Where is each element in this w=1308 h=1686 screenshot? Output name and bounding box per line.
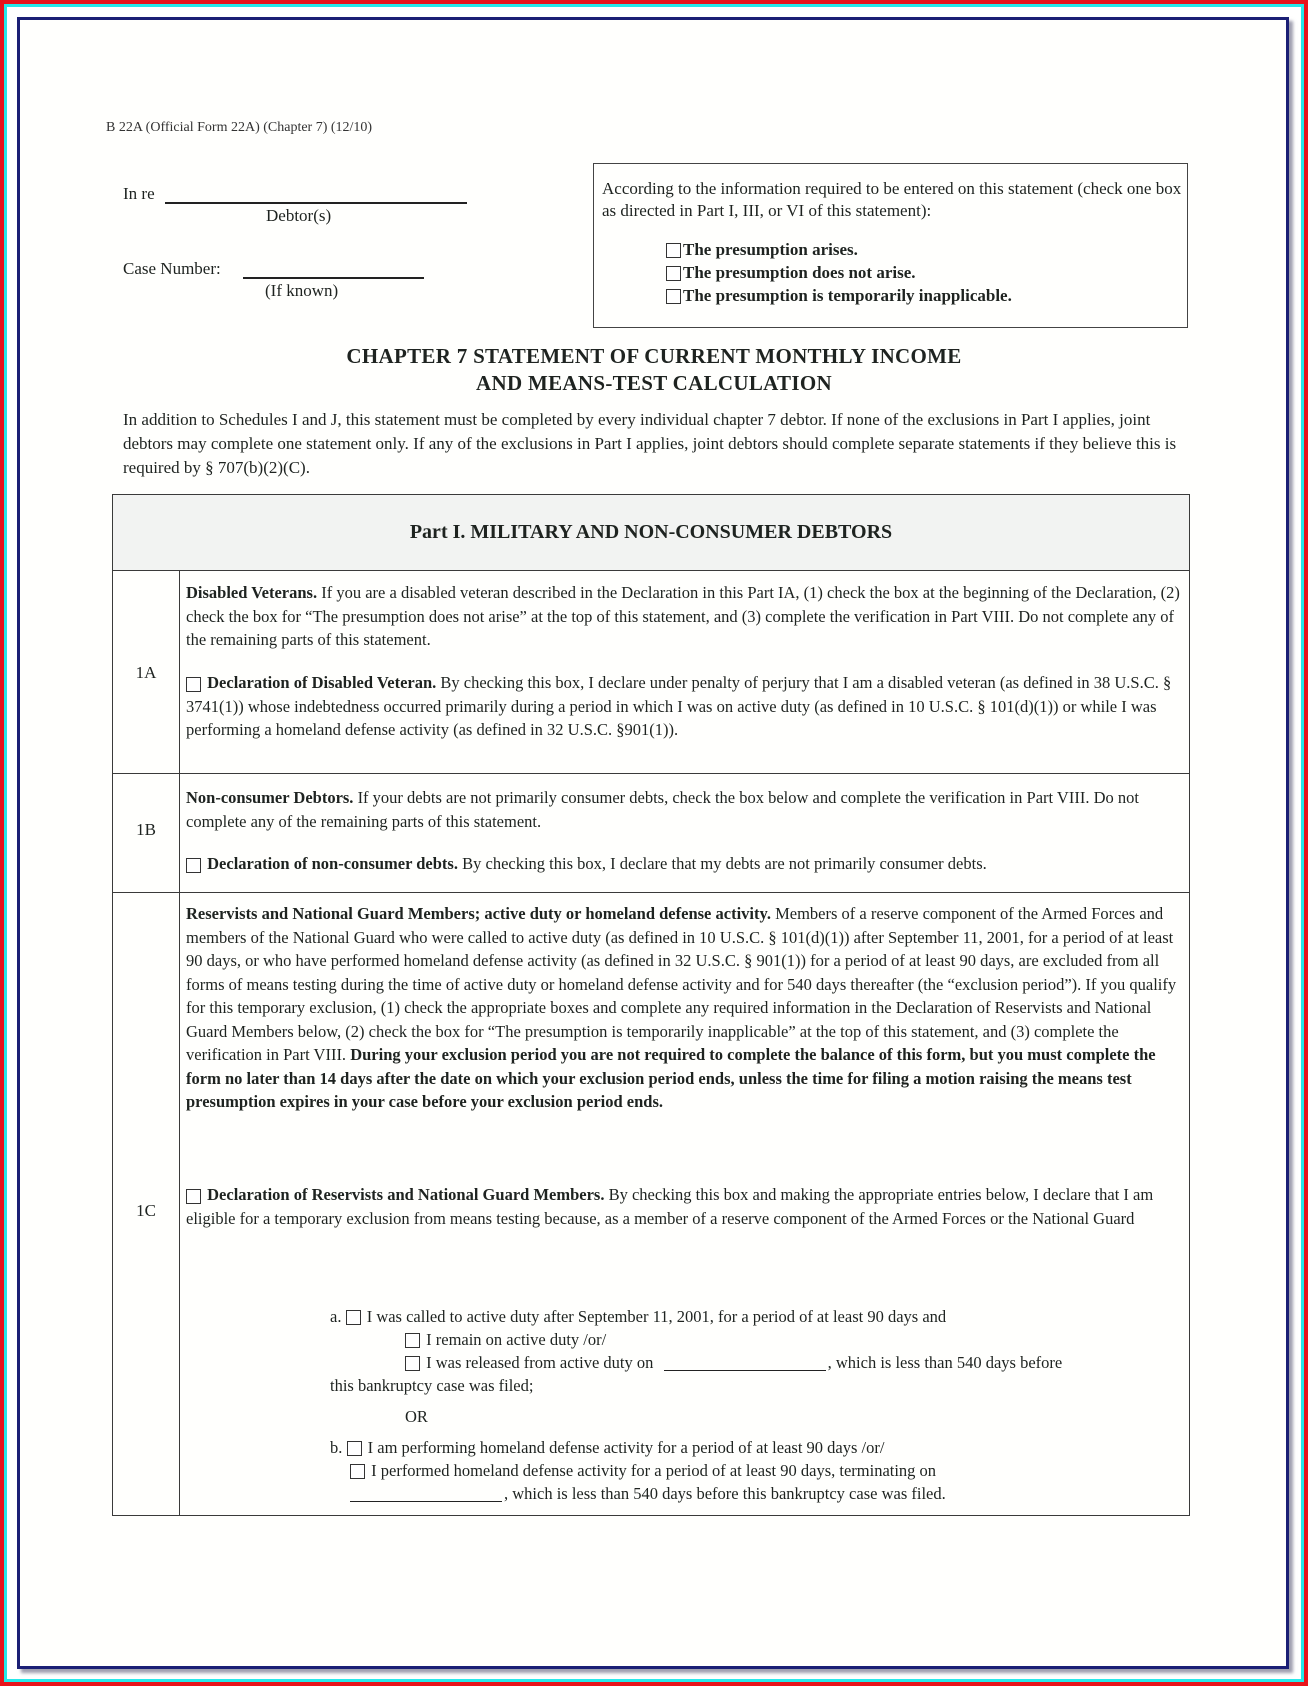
- option-b-performed: I performed homeland defense activity fo…: [350, 1460, 936, 1482]
- page-title-line-2: AND MEANS-TEST CALCULATION: [0, 371, 1308, 396]
- row-1b-declaration-bold: Declaration of non-consumer debts.: [207, 854, 458, 873]
- presumption-box: According to the information required to…: [593, 163, 1188, 328]
- option-a-released: I was released from active duty on , whi…: [405, 1352, 1062, 1374]
- presumption-option-temporarily-inapplicable[interactable]: The presumption is temporarily inapplica…: [666, 286, 1012, 306]
- row-1a-lead-text: If you are a disabled veteran described …: [186, 583, 1180, 649]
- option-a-remain: I remain on active duty /or/: [405, 1329, 606, 1351]
- row-1c-lead-text: Members of a reserve component of the Ar…: [186, 904, 1176, 1064]
- row-1a-lead-bold: Disabled Veterans.: [186, 583, 317, 602]
- option-b-performed-text: I performed homeland defense activity fo…: [371, 1460, 936, 1482]
- row-1c-lead-bold: Reservists and National Guard Members; a…: [186, 904, 771, 923]
- option-b-tail: , which is less than 540 days before thi…: [350, 1483, 946, 1505]
- case-number-caption: (If known): [265, 281, 338, 301]
- option-a-checkbox[interactable]: [346, 1310, 361, 1325]
- debtor-caption: Debtor(s): [266, 206, 331, 226]
- remain-active-duty-checkbox[interactable]: [405, 1333, 420, 1348]
- option-b-prefix: b.: [330, 1437, 342, 1459]
- part1-table: Part I. MILITARY AND NON-CONSUMER DEBTOR…: [112, 494, 1190, 1516]
- option-a: a. I was called to active duty after Sep…: [330, 1306, 946, 1328]
- option-a-remain-text: I remain on active duty /or/: [426, 1329, 606, 1351]
- row-1b-lead-bold: Non-consumer Debtors.: [186, 788, 353, 807]
- option-b: b. I am performing homeland defense acti…: [330, 1437, 884, 1459]
- case-number-label: Case Number:: [123, 259, 221, 279]
- option-a-prefix: a.: [330, 1306, 341, 1328]
- reservists-checkbox[interactable]: [186, 1189, 201, 1204]
- row-1a-instructions: Disabled Veterans. If you are a disabled…: [186, 581, 1186, 652]
- presumption-option-does-not-arise[interactable]: The presumption does not arise.: [666, 263, 916, 283]
- released-active-duty-checkbox[interactable]: [405, 1356, 420, 1371]
- intro-paragraph: In addition to Schedules I and J, this s…: [123, 408, 1193, 480]
- non-consumer-debts-checkbox[interactable]: [186, 858, 201, 873]
- row-divider: [113, 773, 1189, 774]
- row-1c-instructions: Reservists and National Guard Members; a…: [186, 902, 1186, 1114]
- checkbox-icon[interactable]: [666, 266, 681, 281]
- option-a-text: I was called to active duty after Septem…: [367, 1306, 946, 1328]
- form-identifier: B 22A (Official Form 22A) (Chapter 7) (1…: [106, 120, 372, 136]
- page-title-line-1: CHAPTER 7 STATEMENT OF CURRENT MONTHLY I…: [0, 344, 1308, 369]
- row-1b-declaration: Declaration of non-consumer debts. By ch…: [186, 852, 1186, 876]
- option-a-released-text: I was released from active duty on: [426, 1352, 653, 1374]
- row-1a-declaration: Declaration of Disabled Veteran. By chec…: [186, 671, 1186, 742]
- option-b-tail-text: , which is less than 540 days before thi…: [504, 1483, 946, 1505]
- row-1b-instructions: Non-consumer Debtors. If your debts are …: [186, 786, 1186, 833]
- checkbox-icon[interactable]: [666, 289, 681, 304]
- row-1b-declaration-text: By checking this box, I declare that my …: [458, 854, 987, 873]
- performed-homeland-defense-checkbox[interactable]: [350, 1464, 365, 1479]
- option-a-released-suffix: , which is less than 540 days before: [828, 1352, 1063, 1374]
- row-1a-declaration-bold: Declaration of Disabled Veteran.: [207, 673, 436, 692]
- debtor-name-field[interactable]: [165, 186, 467, 204]
- option-b-checkbox[interactable]: [347, 1441, 362, 1456]
- option-label: The presumption does not arise.: [683, 263, 916, 283]
- row-1c-declaration-bold: Declaration of Reservists and National G…: [207, 1185, 604, 1204]
- presumption-instruction: According to the information required to…: [602, 178, 1182, 222]
- presumption-option-arises[interactable]: The presumption arises.: [666, 240, 858, 260]
- option-label: The presumption arises.: [683, 240, 858, 260]
- release-date-field[interactable]: [664, 1356, 826, 1371]
- termination-date-field[interactable]: [350, 1487, 502, 1502]
- in-re-label: In re: [123, 184, 155, 204]
- row-divider: [113, 892, 1189, 893]
- checkbox-icon[interactable]: [666, 243, 681, 258]
- row-label-1c: 1C: [113, 1201, 179, 1221]
- row-1c-declaration: Declaration of Reservists and National G…: [186, 1183, 1186, 1230]
- part1-heading: Part I. MILITARY AND NON-CONSUMER DEBTOR…: [113, 495, 1189, 571]
- column-divider: [179, 570, 180, 1515]
- disabled-veteran-checkbox[interactable]: [186, 677, 201, 692]
- option-b-text: I am performing homeland defense activit…: [368, 1437, 885, 1459]
- or-separator: OR: [405, 1406, 428, 1428]
- option-label: The presumption is temporarily inapplica…: [683, 286, 1012, 306]
- row-label-1b: 1B: [113, 820, 179, 840]
- case-number-field[interactable]: [243, 261, 424, 279]
- row-label-1a: 1A: [113, 663, 179, 683]
- option-a-tail: this bankruptcy case was filed;: [330, 1375, 533, 1397]
